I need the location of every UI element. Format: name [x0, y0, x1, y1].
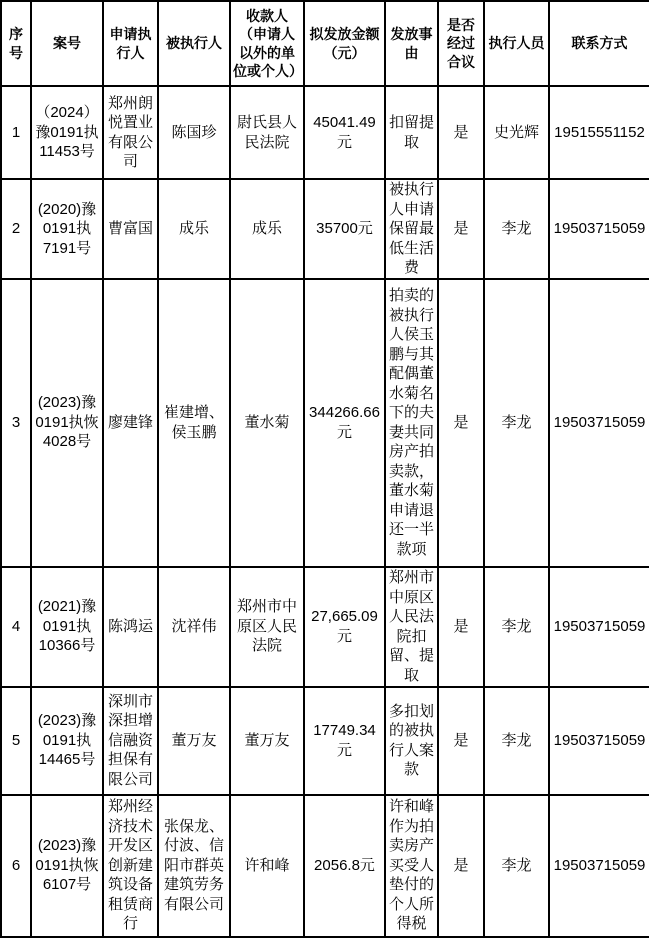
- cell-applicant: 陈鸿运: [103, 567, 158, 687]
- cell-case-number: (2023)豫0191执14465号: [31, 687, 103, 795]
- cell-officer: 李龙: [484, 795, 549, 937]
- cell-officer: 李龙: [484, 567, 549, 687]
- col-header-case-number: 案号: [31, 1, 103, 86]
- cell-respondent: 成乐: [158, 179, 230, 279]
- cell-amount: 17749.34元: [304, 687, 385, 795]
- col-header-applicant: 申请执行人: [103, 1, 158, 86]
- col-header-reason: 发放事由: [385, 1, 438, 86]
- cell-respondent: 陈国珍: [158, 86, 230, 179]
- cell-amount: 344266.66元: [304, 279, 385, 567]
- cell-applicant: 廖建锋: [103, 279, 158, 567]
- cell-deliberation: 是: [438, 795, 484, 937]
- cell-payee: 成乐: [230, 179, 304, 279]
- cell-reason: 许和峰作为拍卖房产买受人垫付的个人所得税: [385, 795, 438, 937]
- cell-case-number: (2020)豫0191执7191号: [31, 179, 103, 279]
- cell-amount: 2056.8元: [304, 795, 385, 937]
- cell-officer: 李龙: [484, 279, 549, 567]
- col-header-index: 序号: [1, 1, 31, 86]
- cell-reason: 多扣划的被执行人案款: [385, 687, 438, 795]
- cell-respondent: 董万友: [158, 687, 230, 795]
- cell-officer: 史光辉: [484, 86, 549, 179]
- cell-payee: 董万友: [230, 687, 304, 795]
- table-row: 4 (2021)豫0191执10366号 陈鸿运 沈祥伟 郑州市中原区人民法院 …: [1, 567, 649, 687]
- cell-case-number: (2023)豫0191执恢6107号: [31, 795, 103, 937]
- col-header-contact: 联系方式: [549, 1, 649, 86]
- cell-index: 5: [1, 687, 31, 795]
- cell-case-number: (2021)豫0191执10366号: [31, 567, 103, 687]
- payment-distribution-table: 序号 案号 申请执行人 被执行人 收款人（申请人以外的单位或个人） 拟发放金额（…: [0, 0, 649, 938]
- cell-respondent: 张保龙、付波、信阳市群英建筑劳务有限公司: [158, 795, 230, 937]
- cell-payee: 董水菊: [230, 279, 304, 567]
- cell-case-number: （2024）豫0191执11453号: [31, 86, 103, 179]
- col-header-deliberation: 是否经过合议: [438, 1, 484, 86]
- cell-payee: 郑州市中原区人民法院: [230, 567, 304, 687]
- cell-applicant: 郑州经济技术开发区创新建筑设备租赁商行: [103, 795, 158, 937]
- table-row: 5 (2023)豫0191执14465号 深圳市深担增信融资担保有限公司 董万友…: [1, 687, 649, 795]
- cell-amount: 35700元: [304, 179, 385, 279]
- cell-payee: 尉氏县人民法院: [230, 86, 304, 179]
- cell-index: 1: [1, 86, 31, 179]
- cell-applicant: 深圳市深担增信融资担保有限公司: [103, 687, 158, 795]
- cell-index: 2: [1, 179, 31, 279]
- cell-reason: 扣留提取: [385, 86, 438, 179]
- cell-deliberation: 是: [438, 179, 484, 279]
- cell-applicant: 曹富国: [103, 179, 158, 279]
- cell-deliberation: 是: [438, 567, 484, 687]
- cell-reason: 被执行人申请保留最低生活费: [385, 179, 438, 279]
- cell-reason: 拍卖的被执行人侯玉鹏与其配偶董水菊名下的夫妻共同房产拍卖款，董水菊申请退还一半款…: [385, 279, 438, 567]
- cell-deliberation: 是: [438, 86, 484, 179]
- col-header-payee: 收款人（申请人以外的单位或个人）: [230, 1, 304, 86]
- cell-contact: 19503715059: [549, 567, 649, 687]
- cell-contact: 19503715059: [549, 795, 649, 937]
- table-row: 1 （2024）豫0191执11453号 郑州朗悦置业有限公司 陈国珍 尉氏县人…: [1, 86, 649, 179]
- cell-respondent: 沈祥伟: [158, 567, 230, 687]
- cell-case-number: (2023)豫0191执恢4028号: [31, 279, 103, 567]
- cell-amount: 45041.49元: [304, 86, 385, 179]
- cell-officer: 李龙: [484, 179, 549, 279]
- col-header-respondent: 被执行人: [158, 1, 230, 86]
- cell-payee: 许和峰: [230, 795, 304, 937]
- table-row: 6 (2023)豫0191执恢6107号 郑州经济技术开发区创新建筑设备租赁商行…: [1, 795, 649, 937]
- cell-contact: 19503715059: [549, 687, 649, 795]
- table-row: 2 (2020)豫0191执7191号 曹富国 成乐 成乐 35700元 被执行…: [1, 179, 649, 279]
- cell-officer: 李龙: [484, 687, 549, 795]
- cell-reason: 郑州市中原区人民法院扣留、提取: [385, 567, 438, 687]
- table-row: 3 (2023)豫0191执恢4028号 廖建锋 崔建增、侯玉鹏 董水菊 344…: [1, 279, 649, 567]
- cell-deliberation: 是: [438, 279, 484, 567]
- cell-index: 6: [1, 795, 31, 937]
- cell-index: 4: [1, 567, 31, 687]
- cell-amount: 27,665.09元: [304, 567, 385, 687]
- header-row: 序号 案号 申请执行人 被执行人 收款人（申请人以外的单位或个人） 拟发放金额（…: [1, 1, 649, 86]
- cell-contact: 19515551152: [549, 86, 649, 179]
- cell-contact: 19503715059: [549, 279, 649, 567]
- cell-applicant: 郑州朗悦置业有限公司: [103, 86, 158, 179]
- cell-respondent: 崔建增、侯玉鹏: [158, 279, 230, 567]
- col-header-amount: 拟发放金额（元）: [304, 1, 385, 86]
- col-header-officer: 执行人员: [484, 1, 549, 86]
- cell-contact: 19503715059: [549, 179, 649, 279]
- cell-deliberation: 是: [438, 687, 484, 795]
- cell-index: 3: [1, 279, 31, 567]
